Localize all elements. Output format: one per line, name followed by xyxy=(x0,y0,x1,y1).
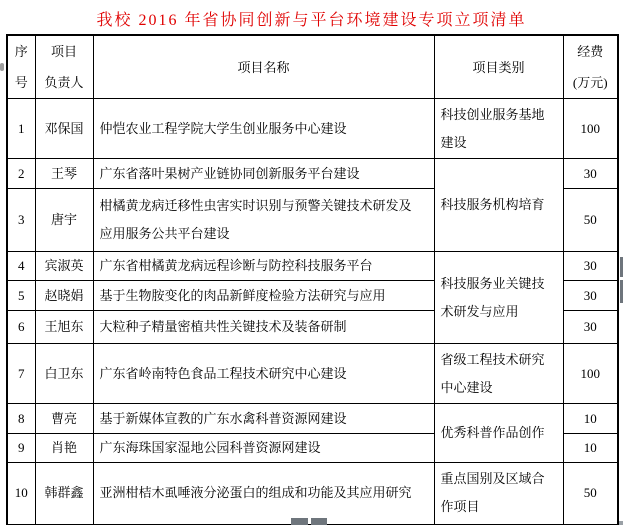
cell-no: 6 xyxy=(7,311,35,344)
cell-no: 9 xyxy=(7,434,35,463)
header-cell-no: 序 号 xyxy=(7,35,35,99)
cell-leader: 赵晓娟 xyxy=(35,281,93,311)
cell-no: 7 xyxy=(7,344,35,404)
cell-no: 1 xyxy=(7,99,35,159)
scrollbar-corner xyxy=(619,521,623,525)
cell-category: 重点国别及区域合作项目 xyxy=(434,463,563,525)
cell-leader: 邓保国 xyxy=(35,99,93,159)
table-row: 4 宾淑英 广东省柑橘黄龙病远程诊断与防控科技服务平台 科技服务业关键技术研发与… xyxy=(7,252,618,281)
table-row: 7 白卫东 广东省岭南特色食品工程技术研究中心建设 省级工程技术研究中心建设 1… xyxy=(7,344,618,404)
cell-leader: 宾淑英 xyxy=(35,252,93,281)
cell-project-name: 亚洲柑桔木虱唾液分泌蛋白的组成和功能及其应用研究 xyxy=(93,463,434,525)
cell-fund: 30 xyxy=(563,311,618,344)
cell-fund: 30 xyxy=(563,252,618,281)
table-row: 2 王琴 广东省落叶果树产业链协同创新服务平台建设 科技服务机构培育 30 xyxy=(7,159,618,189)
cell-category: 科技创业服务基地建设 xyxy=(434,99,563,159)
cell-category: 科技服务业关键技术研发与应用 xyxy=(434,252,563,344)
cell-project-name: 广东海珠国家湿地公园科普资源网建设 xyxy=(93,434,434,463)
cell-no: 2 xyxy=(7,159,35,189)
cell-fund: 50 xyxy=(563,463,618,525)
cell-project-name: 广东省柑橘黄龙病远程诊断与防控科技服务平台 xyxy=(93,252,434,281)
horizontal-scrollbar-thumb[interactable] xyxy=(291,518,308,525)
cell-no: 3 xyxy=(7,189,35,252)
header-cell-name: 项目名称 xyxy=(93,35,434,99)
horizontal-scrollbar-thumb[interactable] xyxy=(311,518,327,525)
cell-project-name: 大粒种子精量密植共性关键技术及装备研制 xyxy=(93,311,434,344)
header-cell-fund: 经费 (万元) xyxy=(563,35,618,99)
cell-category: 科技服务机构培育 xyxy=(434,159,563,252)
cell-no: 8 xyxy=(7,404,35,434)
cell-leader: 王琴 xyxy=(35,159,93,189)
projects-table: 序 号 项目 负责人 项目名称 项目类别 经费 (万元) 1 邓保国 仲恺农业工… xyxy=(6,34,619,525)
cell-leader: 王旭东 xyxy=(35,311,93,344)
header-cell-category: 项目类别 xyxy=(434,35,563,99)
cell-category: 省级工程技术研究中心建设 xyxy=(434,344,563,404)
cell-category: 优秀科普作品创作 xyxy=(434,404,563,463)
cell-fund: 10 xyxy=(563,434,618,463)
cell-project-name: 仲恺农业工程学院大学生创业服务中心建设 xyxy=(93,99,434,159)
cell-leader: 曹亮 xyxy=(35,404,93,434)
cell-project-name: 广东省落叶果树产业链协同创新服务平台建设 xyxy=(93,159,434,189)
cell-fund: 30 xyxy=(563,281,618,311)
table-row: 1 邓保国 仲恺农业工程学院大学生创业服务中心建设 科技创业服务基地建设 100 xyxy=(7,99,618,159)
table-row: 8 曹亮 基于新媒体宣教的广东水禽科普资源网建设 优秀科普作品创作 10 xyxy=(7,404,618,434)
cell-project-name: 基于新媒体宣教的广东水禽科普资源网建设 xyxy=(93,404,434,434)
cell-leader: 韩群鑫 xyxy=(35,463,93,525)
cell-project-name: 基于生物胺变化的肉品新鲜度检验方法研究与应用 xyxy=(93,281,434,311)
cell-no: 5 xyxy=(7,281,35,311)
cell-fund: 100 xyxy=(563,344,618,404)
header-cell-leader: 项目 负责人 xyxy=(35,35,93,99)
cell-leader: 肖艳 xyxy=(35,434,93,463)
cell-fund: 10 xyxy=(563,404,618,434)
cell-leader: 唐宇 xyxy=(35,189,93,252)
cell-project-name: 广东省岭南特色食品工程技术研究中心建设 xyxy=(93,344,434,404)
cell-no: 4 xyxy=(7,252,35,281)
table-row: 10 韩群鑫 亚洲柑桔木虱唾液分泌蛋白的组成和功能及其应用研究 重点国别及区域合… xyxy=(7,463,618,525)
cell-leader: 白卫东 xyxy=(35,344,93,404)
cell-fund: 50 xyxy=(563,189,618,252)
cell-fund: 30 xyxy=(563,159,618,189)
cell-no: 10 xyxy=(7,463,35,525)
cell-project-name: 柑橘黄龙病迁移性虫害实时识别与预警关键技术研发及应用服务公共平台建设 xyxy=(93,189,434,252)
page-title: 我校 2016 年省协同创新与平台环境建设专项立项清单 xyxy=(6,7,617,30)
header-row: 序 号 项目 负责人 项目名称 项目类别 经费 (万元) xyxy=(7,35,618,99)
cursor-artifact xyxy=(0,63,4,71)
cell-fund: 100 xyxy=(563,99,618,159)
